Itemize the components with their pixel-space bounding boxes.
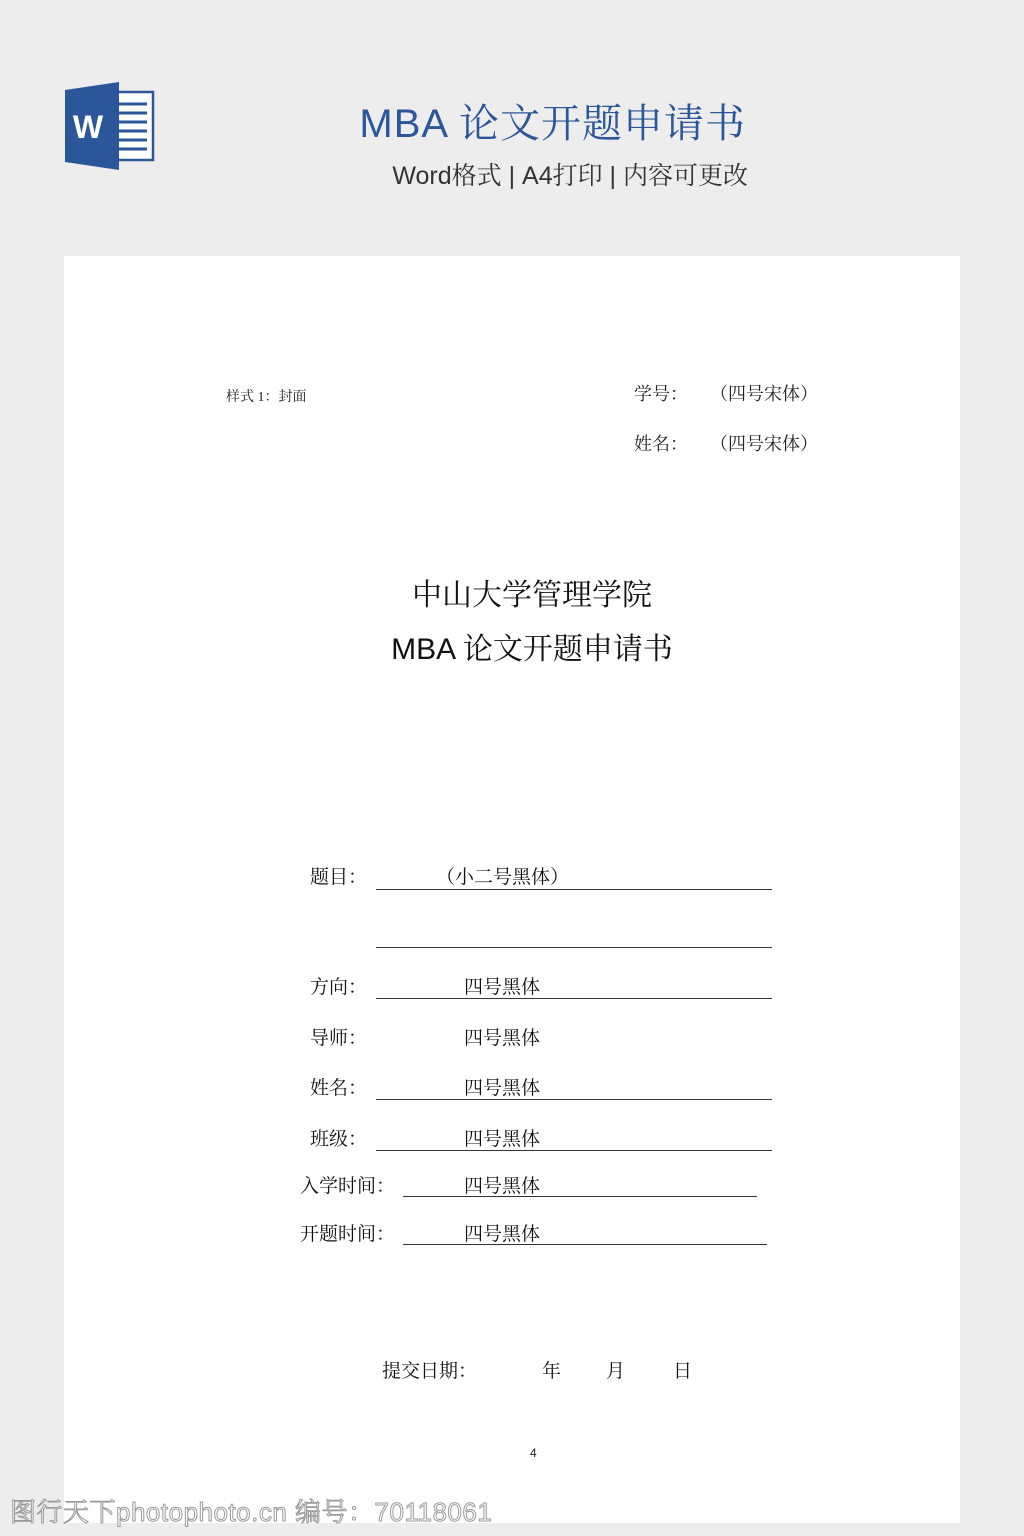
field-underline [403, 1196, 757, 1197]
submit-date-label: 提交日期： [382, 1356, 477, 1383]
field-underline [376, 889, 772, 890]
word-icon: W [65, 82, 155, 170]
meta-value: （四号宋体） [710, 384, 818, 404]
field-label: 方向： [310, 972, 367, 999]
promo-title: MBA 论文开题申请书 [300, 92, 746, 149]
field-value: 四号黑体 [464, 1023, 540, 1050]
field-value: 四号黑体 [464, 1219, 540, 1246]
field-label: 导师： [310, 1023, 367, 1050]
meta-label: 姓名： [634, 430, 710, 456]
field-value: （小二号黑体） [436, 862, 569, 889]
field-label: 姓名： [310, 1073, 367, 1100]
field-label: 题目： [310, 862, 367, 889]
field-label: 开题时间： [300, 1219, 395, 1246]
submit-year: 年 [542, 1356, 561, 1383]
field-value: 四号黑体 [464, 1073, 540, 1100]
style-label: 样式 1：封面 [226, 386, 307, 406]
submit-day: 日 [673, 1356, 692, 1383]
field-value: 四号黑体 [464, 972, 540, 999]
document-page: 样式 1：封面 学号：（四号宋体） 姓名：（四号宋体） 中山大学管理学院 MBA… [64, 256, 960, 1523]
svg-text:W: W [73, 109, 104, 145]
field-underline [376, 947, 772, 948]
document-title: MBA 论文开题申请书 [64, 624, 1000, 668]
field-underline [403, 1244, 767, 1245]
field-label: 班级： [310, 1124, 367, 1151]
page-number: 4 [530, 1446, 537, 1460]
field-value: 四号黑体 [464, 1171, 540, 1198]
field-label: 入学时间： [300, 1171, 395, 1198]
field-value: 四号黑体 [464, 1124, 540, 1151]
promo-subtitle: Word格式 | A4打印 | 内容可更改 [300, 156, 748, 192]
meta-label: 学号： [634, 380, 710, 406]
field-underline [376, 998, 772, 999]
school-name: 中山大学管理学院 [64, 570, 1000, 614]
watermark: 图行天下photophoto.cn 编号：70118061 [10, 1492, 492, 1529]
meta-value: （四号宋体） [710, 434, 818, 454]
field-underline [376, 1099, 772, 1100]
meta-student-id: 学号：（四号宋体） [634, 380, 818, 406]
meta-name: 姓名：（四号宋体） [634, 430, 818, 456]
field-underline [376, 1150, 772, 1151]
submit-month: 月 [606, 1356, 625, 1383]
